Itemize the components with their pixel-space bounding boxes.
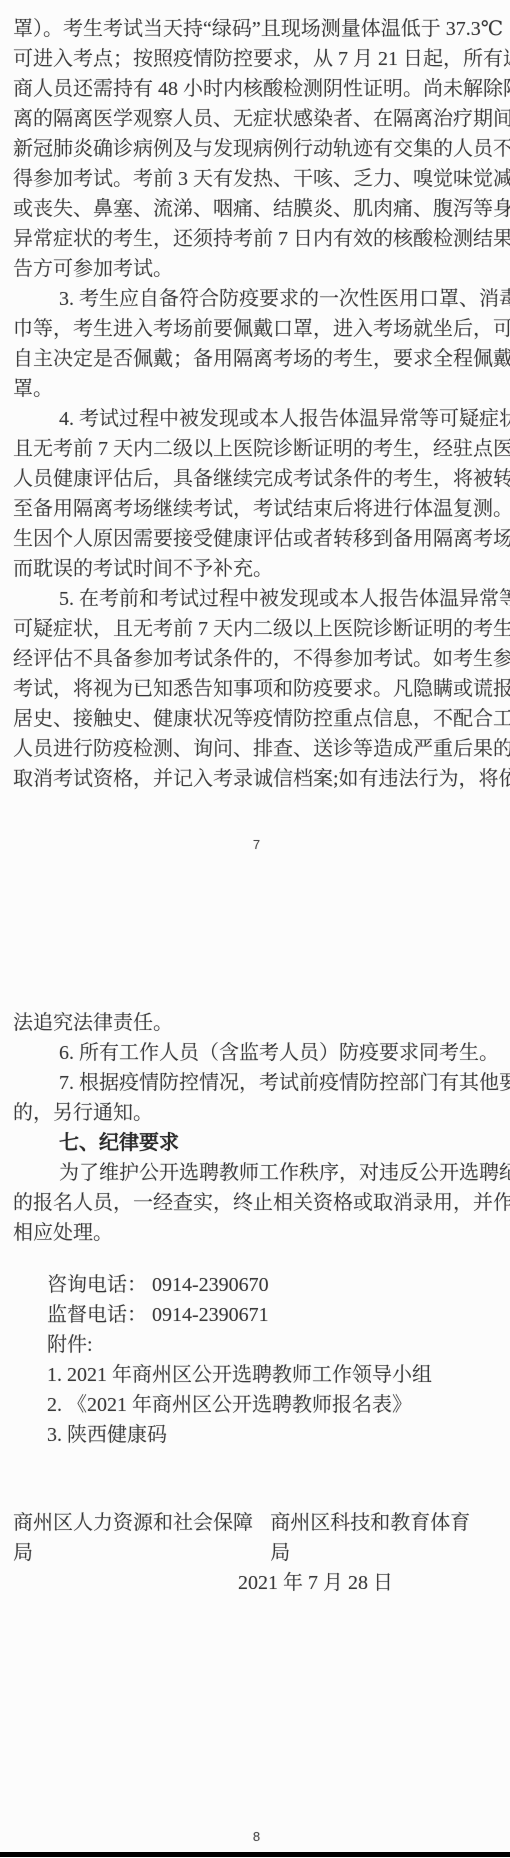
text-line: 人员健康评估后，具备继续完成考试条件的考生，将被转移: [13, 464, 500, 494]
text-line-paragraph-start: 4. 考试过程中被发现或本人报告体温异常等可疑症状，: [13, 404, 500, 434]
page-number: 7: [13, 838, 500, 852]
attachment-item: 3. 陕西健康码: [13, 1420, 500, 1450]
contact-block: 咨询电话： 0914-2390670 监督电话： 0914-2390671 附件…: [13, 1270, 500, 1450]
consult-phone-line: 咨询电话： 0914-2390670: [13, 1270, 500, 1300]
scan-bottom-edge-bar: [0, 1852, 510, 1857]
text-line: 罩。: [13, 374, 500, 404]
section-heading: 七、纪律要求: [13, 1128, 500, 1158]
text-line: 而耽误的考试时间不予补充。: [13, 554, 500, 584]
text-line: 至备用隔离考场继续考试，考试结束后将进行体温复测。考: [13, 494, 500, 524]
document-scan: 罩）。考生考试当天持“绿码”且现场测量体温低于 37.3℃ 可进入考点；按照疫情…: [0, 0, 510, 1858]
text-line-paragraph-start: 3. 考生应自备符合防疫要求的一次性医用口罩、消毒湿: [13, 284, 500, 314]
signature-line: 商州区人力资源和社会保障局 商州区科技和教育体育局: [13, 1508, 500, 1538]
supervise-phone-line: 监督电话： 0914-2390671: [13, 1300, 500, 1330]
issuer-org-right: 商州区科技和教育体育局: [270, 1508, 488, 1538]
issuer-org-left: 商州区人力资源和社会保障局: [13, 1508, 270, 1538]
issue-date: 2021 年 7 月 28 日: [13, 1568, 500, 1598]
text-line: 离的隔离医学观察人员、无症状感染者、在隔离治疗期间的: [13, 104, 500, 134]
text-line-paragraph-start: 7. 根据疫情防控情况，考试前疫情防控部门有其他要求: [13, 1068, 500, 1098]
text-line: 异常症状的考生，还须持考前 7 日内有效的核酸检测结果报: [13, 224, 500, 254]
text-line: 的，另行通知。: [13, 1098, 500, 1128]
text-line: 法追究法律责任。: [13, 1008, 500, 1038]
text-line: 新冠肺炎确诊病例及与发现病例行动轨迹有交集的人员不: [13, 134, 500, 164]
text-line: 经评估不具备参加考试条件的，不得参加考试。如考生参加: [13, 644, 500, 674]
page-7-body: 罩）。考生考试当天持“绿码”且现场测量体温低于 37.3℃ 可进入考点；按照疫情…: [13, 14, 500, 794]
text-line: 相应处理。: [13, 1218, 500, 1248]
page-7: 罩）。考生考试当天持“绿码”且现场测量体温低于 37.3℃ 可进入考点；按照疫情…: [0, 0, 510, 852]
text-line: 罩）。考生考试当天持“绿码”且现场测量体温低于 37.3℃: [13, 14, 500, 44]
text-line-paragraph-start: 5. 在考前和考试过程中被发现或本人报告体温异常等: [13, 584, 500, 614]
attachment-item: 2. 《2021 年商州区公开选聘教师报名表》: [13, 1390, 500, 1420]
text-line: 商人员还需持有 48 小时内核酸检测阴性证明。尚未解除隔: [13, 74, 500, 104]
text-line: 人员进行防疫检测、询问、排查、送诊等造成严重后果的，: [13, 734, 500, 764]
text-line-paragraph-start: 6. 所有工作人员（含监考人员）防疫要求同考生。: [13, 1038, 500, 1068]
page-8: 法追究法律责任。 6. 所有工作人员（含监考人员）防疫要求同考生。 7. 根据疫…: [0, 1008, 510, 1844]
text-line-paragraph-start: 为了维护公开选聘教师工作秩序，对违反公开选聘纪律: [13, 1158, 500, 1188]
text-line: 自主决定是否佩戴；备用隔离考场的考生，要求全程佩戴口: [13, 344, 500, 374]
text-line: 且无考前 7 天内二级以上医院诊断证明的考生，经驻点医护: [13, 434, 500, 464]
page-number: 8: [13, 1830, 500, 1844]
text-line: 取消考试资格，并记入考录诚信档案;如有违法行为，将依: [13, 764, 500, 794]
text-line: 告方可参加考试。: [13, 254, 500, 284]
text-line: 巾等，考生进入考场前要佩戴口罩，进入考场就坐后，可以: [13, 314, 500, 344]
attachments-label: 附件:: [13, 1330, 500, 1360]
text-line: 生因个人原因需要接受健康评估或者转移到备用隔离考场: [13, 524, 500, 554]
page-8-body: 法追究法律责任。 6. 所有工作人员（含监考人员）防疫要求同考生。 7. 根据疫…: [13, 1008, 500, 1248]
attachment-item: 1. 2021 年商州区公开选聘教师工作领导小组: [13, 1360, 500, 1390]
text-line: 得参加考试。考前 3 天有发热、干咳、乏力、嗅觉味觉减退: [13, 164, 500, 194]
text-line: 居史、接触史、健康状况等疫情防控重点信息，不配合工作: [13, 704, 500, 734]
text-line: 考试，将视为已知悉告知事项和防疫要求。凡隐瞒或谎报旅: [13, 674, 500, 704]
text-line: 或丧失、鼻塞、流涕、咽痛、结膜炎、肌肉痛、腹泻等身体: [13, 194, 500, 224]
text-line: 可进入考点；按照疫情防控要求，从 7 月 21 日起，所有返: [13, 44, 500, 74]
text-line: 的报名人员，一经查实，终止相关资格或取消录用，并作出: [13, 1188, 500, 1218]
text-line: 可疑症状，且无考前 7 天内二级以上医院诊断证明的考生，: [13, 614, 500, 644]
